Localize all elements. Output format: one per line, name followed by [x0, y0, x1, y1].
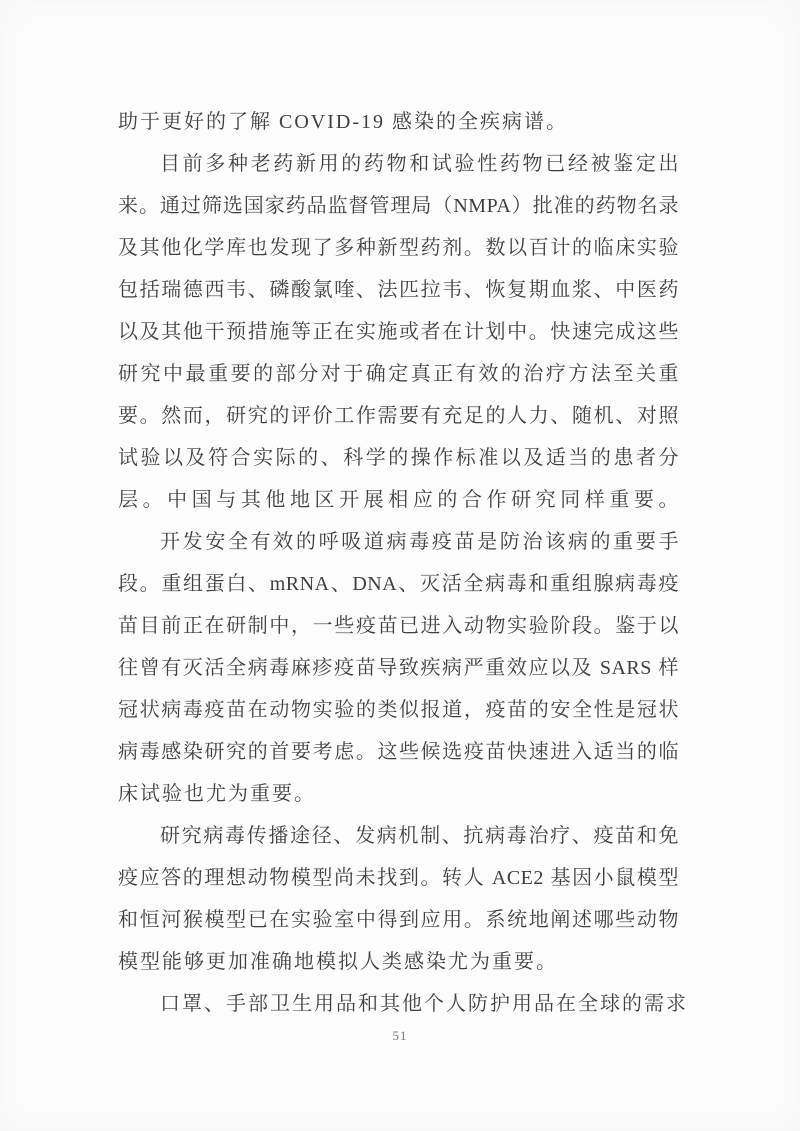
text-line: 和恒河猴模型已在实验室中得到应用。系统地阐述哪些动物	[118, 899, 679, 941]
page-text-block: 助于更好的了解 COVID-19 感染的全疾病谱。 目前多种老药新用的药物和试验…	[118, 101, 679, 1025]
text-line: 苗目前正在研制中，一些疫苗已进入动物实验阶段。鉴于以	[118, 605, 679, 647]
text-line: 及其他化学库也发现了多种新型药剂。数以百计的临床实验	[118, 227, 679, 269]
text-line: 病毒感染研究的首要考虑。这些候选疫苗快速进入适当的临	[118, 731, 679, 773]
text-line: 以及其他干预措施等正在实施或者在计划中。快速完成这些	[118, 311, 679, 353]
text-line: 模型能够更加准确地模拟人类感染尤为重要。	[118, 941, 679, 983]
text-line: 疫应答的理想动物模型尚未找到。转人 ACE2 基因小鼠模型	[118, 857, 679, 899]
text-line: 研究病毒传播途径、发病机制、抗病毒治疗、疫苗和免	[118, 815, 679, 857]
text-line: 开发安全有效的呼吸道病毒疫苗是防治该病的重要手	[118, 521, 679, 563]
text-line: 口罩、手部卫生用品和其他个人防护用品在全球的需求	[118, 983, 679, 1025]
text-line: 来。通过筛选国家药品监督管理局（NMPA）批准的药物名录	[118, 185, 679, 227]
page-number: 51	[0, 1028, 800, 1044]
document-page: 助于更好的了解 COVID-19 感染的全疾病谱。 目前多种老药新用的药物和试验…	[0, 0, 800, 1131]
text-line: 层。中国与其他地区开展相应的合作研究同样重要。	[118, 479, 679, 521]
text-line: 冠状病毒疫苗在动物实验的类似报道，疫苗的安全性是冠状	[118, 689, 679, 731]
text-line: 助于更好的了解 COVID-19 感染的全疾病谱。	[118, 101, 679, 143]
text-line: 段。重组蛋白、mRNA、DNA、灭活全病毒和重组腺病毒疫	[118, 563, 679, 605]
text-line: 往曾有灭活全病毒麻疹疫苗导致疾病严重效应以及 SARS 样	[118, 647, 679, 689]
text-line: 包括瑞德西韦、磷酸氯喹、法匹拉韦、恢复期血浆、中医药	[118, 269, 679, 311]
text-line: 试验以及符合实际的、科学的操作标准以及适当的患者分	[118, 437, 679, 479]
text-line: 要。然而，研究的评价工作需要有充足的人力、随机、对照	[118, 395, 679, 437]
text-line: 研究中最重要的部分对于确定真正有效的治疗方法至关重	[118, 353, 679, 395]
text-line: 床试验也尤为重要。	[118, 773, 679, 815]
text-line: 目前多种老药新用的药物和试验性药物已经被鉴定出	[118, 143, 679, 185]
